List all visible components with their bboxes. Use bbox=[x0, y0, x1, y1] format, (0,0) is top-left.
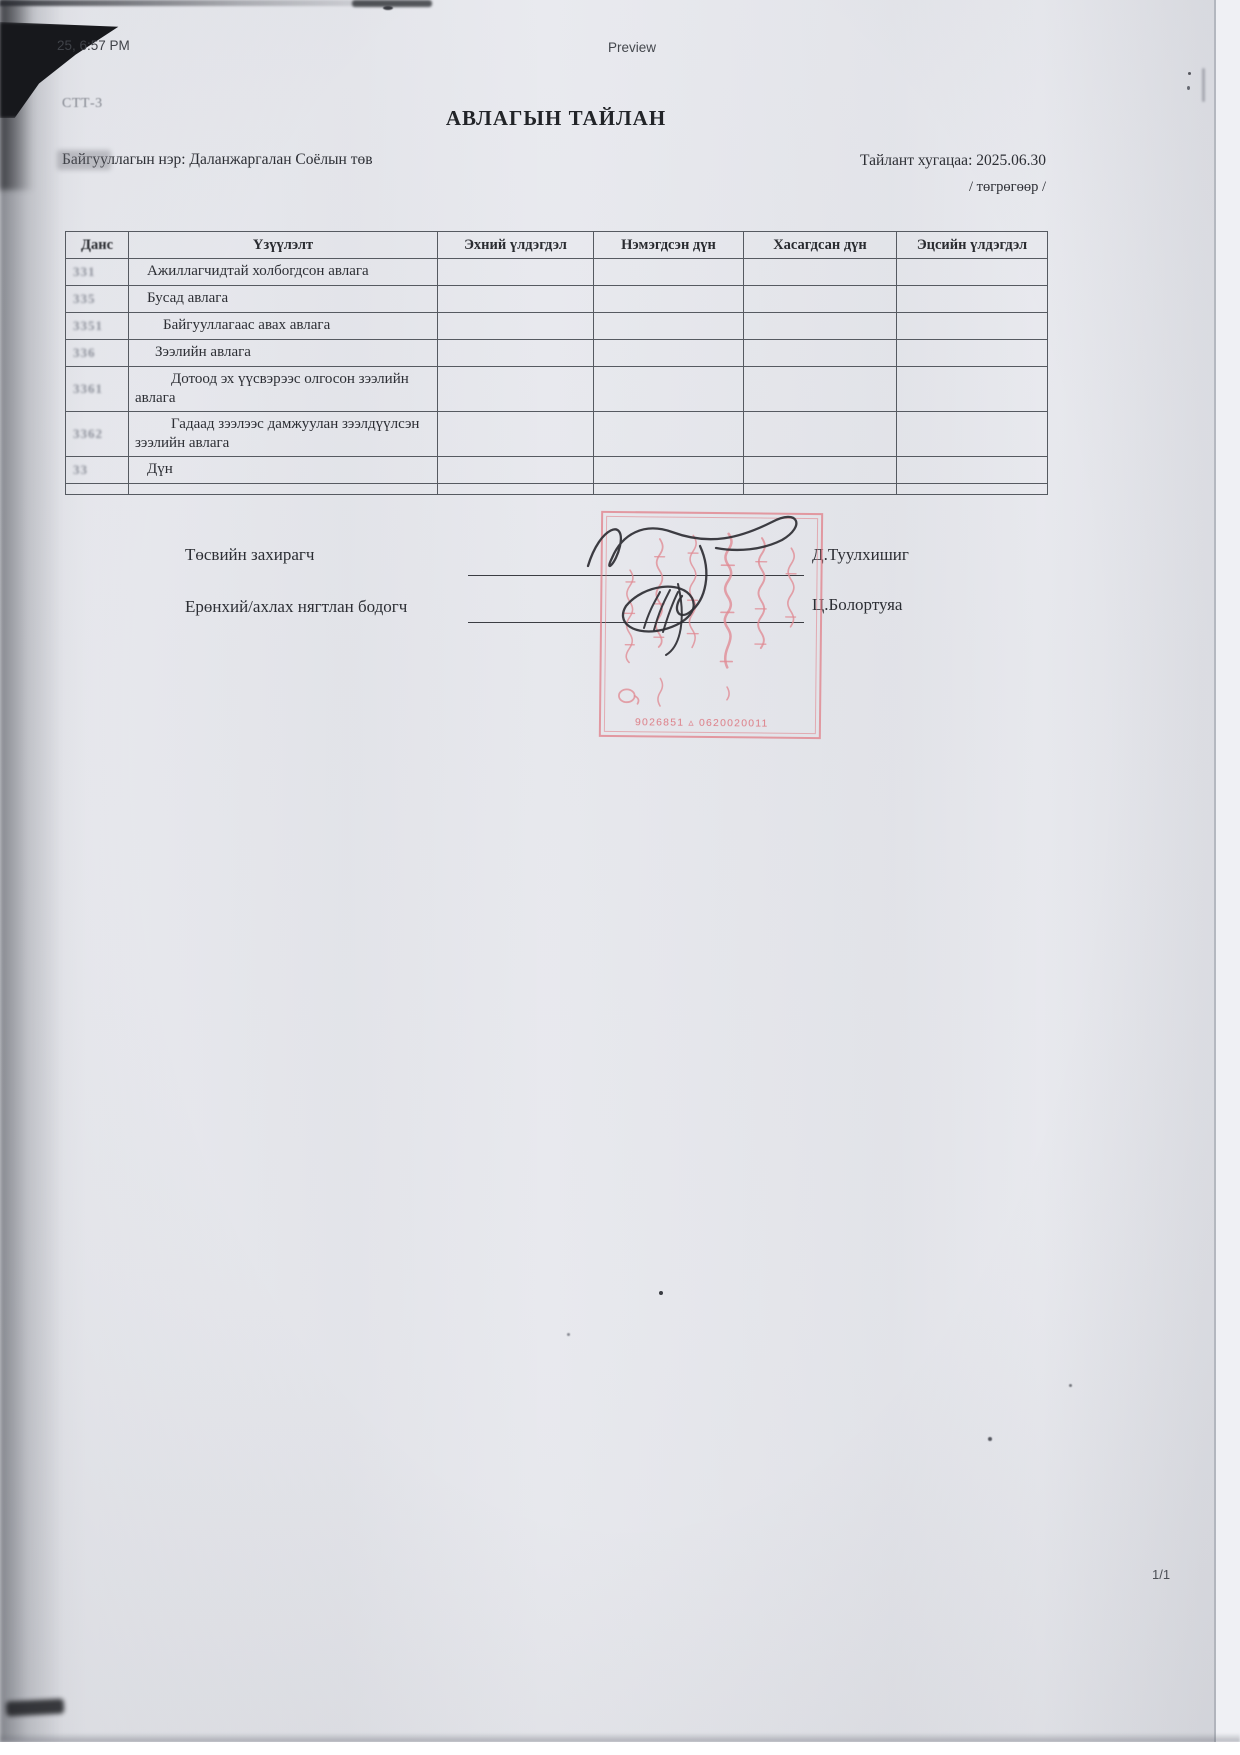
col-header-account: Данс bbox=[66, 232, 129, 259]
cell-value bbox=[594, 412, 744, 457]
table-row: 331 Ажиллагчидтай холбогдсон авлага bbox=[66, 259, 1048, 286]
account-code: 335 bbox=[66, 286, 129, 313]
page-number: 1/1 bbox=[1152, 1567, 1170, 1582]
table-header-row: Данс Үзүүлэлт Эхний үлдэгдэл Нэмэгдсэн д… bbox=[66, 232, 1048, 259]
cell-value bbox=[744, 313, 897, 340]
col-header-opening: Эхний үлдэгдэл bbox=[438, 232, 594, 259]
signature-role-chief-accountant: Ерөнхий/ахлах нягтлан бодогч bbox=[185, 597, 407, 617]
report-meta: Тайлант хугацаа: 2025.06.30 / төгрөгөөр … bbox=[860, 147, 1046, 201]
signature-ink-1 bbox=[588, 517, 796, 566]
cell-value bbox=[438, 412, 594, 457]
table-row: 3361 Дотоод эх үүсвэрээс олгосон зээлийн… bbox=[66, 367, 1048, 412]
cell-value bbox=[438, 340, 594, 367]
row-label: Ажиллагчидтай холбогдсон авлага bbox=[129, 259, 438, 286]
cell-value bbox=[744, 367, 897, 412]
row-label: Зээлийн авлага bbox=[129, 340, 438, 367]
cell-value bbox=[744, 259, 897, 286]
document-content: 25, 6:57 PM Preview СТТ-3 АВЛАГЫН ТАЙЛАН… bbox=[0, 0, 1240, 1742]
col-header-indicator: Үзүүлэлт bbox=[129, 232, 438, 259]
col-header-decrease: Хасагдсан дүн bbox=[744, 232, 897, 259]
stamp-registration-number: 9026851 ▵ 0620020011 bbox=[635, 716, 769, 729]
table-row-total: 33 Дүн bbox=[66, 457, 1048, 484]
row-label: Гадаад зээлээс дамжуулан зээлдүүлсэн зээ… bbox=[129, 412, 438, 457]
currency-note: / төгрөгөөр / bbox=[860, 174, 1046, 201]
account-code: 3351 bbox=[66, 313, 129, 340]
table-row: 336 Зээлийн авлага bbox=[66, 340, 1048, 367]
cell-value bbox=[897, 457, 1048, 484]
cell-value bbox=[744, 340, 897, 367]
cell-value bbox=[897, 484, 1048, 495]
table-row-spacer bbox=[66, 484, 1048, 495]
report-period: Тайлант хугацаа: 2025.06.30 bbox=[860, 147, 1046, 174]
table-row: 3362 Гадаад зээлээс дамжуулан зээлдүүлсэ… bbox=[66, 412, 1048, 457]
signature-role-budget-governor: Төсвийн захирагч bbox=[185, 545, 314, 565]
cell-value bbox=[438, 259, 594, 286]
cell-value bbox=[438, 313, 594, 340]
cell-value bbox=[897, 340, 1048, 367]
receivables-table: Данс Үзүүлэлт Эхний үлдэгдэл Нэмэгдсэн д… bbox=[65, 231, 1047, 495]
cell-value bbox=[594, 286, 744, 313]
row-label: Дүн bbox=[129, 457, 438, 484]
scanned-page: 25, 6:57 PM Preview СТТ-3 АВЛАГЫН ТАЙЛАН… bbox=[0, 0, 1240, 1742]
cell-value bbox=[744, 457, 897, 484]
account-code: 33 bbox=[66, 457, 129, 484]
account-code: 336 bbox=[66, 340, 129, 367]
print-timestamp: 25, 6:57 PM bbox=[57, 38, 130, 53]
account-code: 3362 bbox=[66, 412, 129, 457]
cell-value bbox=[897, 286, 1048, 313]
cell-value bbox=[744, 412, 897, 457]
scan-smudge bbox=[57, 150, 111, 170]
cell-value bbox=[897, 313, 1048, 340]
cell-value bbox=[897, 259, 1048, 286]
cell-value bbox=[594, 313, 744, 340]
cell-value bbox=[438, 367, 594, 412]
cell-value bbox=[594, 259, 744, 286]
cell-value bbox=[438, 286, 594, 313]
table-row: 3351 Байгууллагаас авах авлага bbox=[66, 313, 1048, 340]
handwritten-signatures bbox=[560, 488, 840, 673]
cell-value bbox=[438, 457, 594, 484]
cell-value bbox=[594, 457, 744, 484]
row-label: Дотоод эх үүсвэрээс олгосон зээлийн авла… bbox=[129, 367, 438, 412]
account-code: 331 bbox=[66, 259, 129, 286]
cell-value bbox=[594, 367, 744, 412]
col-header-increase: Нэмэгдсэн дүн bbox=[594, 232, 744, 259]
row-label: Байгууллагаас авах авлага bbox=[129, 313, 438, 340]
cell-value bbox=[594, 340, 744, 367]
table-row: 335 Бусад авлага bbox=[66, 286, 1048, 313]
cell-value bbox=[897, 412, 1048, 457]
report-title: АВЛАГЫН ТАЙЛАН bbox=[65, 106, 1047, 131]
row-label: Бусад авлага bbox=[129, 286, 438, 313]
cell-value bbox=[897, 367, 1048, 412]
cell-value bbox=[129, 484, 438, 495]
cell-value bbox=[66, 484, 129, 495]
col-header-closing: Эцсийн үлдэгдэл bbox=[897, 232, 1048, 259]
print-preview-label: Preview bbox=[608, 40, 656, 55]
account-code: 3361 bbox=[66, 367, 129, 412]
cell-value bbox=[744, 286, 897, 313]
